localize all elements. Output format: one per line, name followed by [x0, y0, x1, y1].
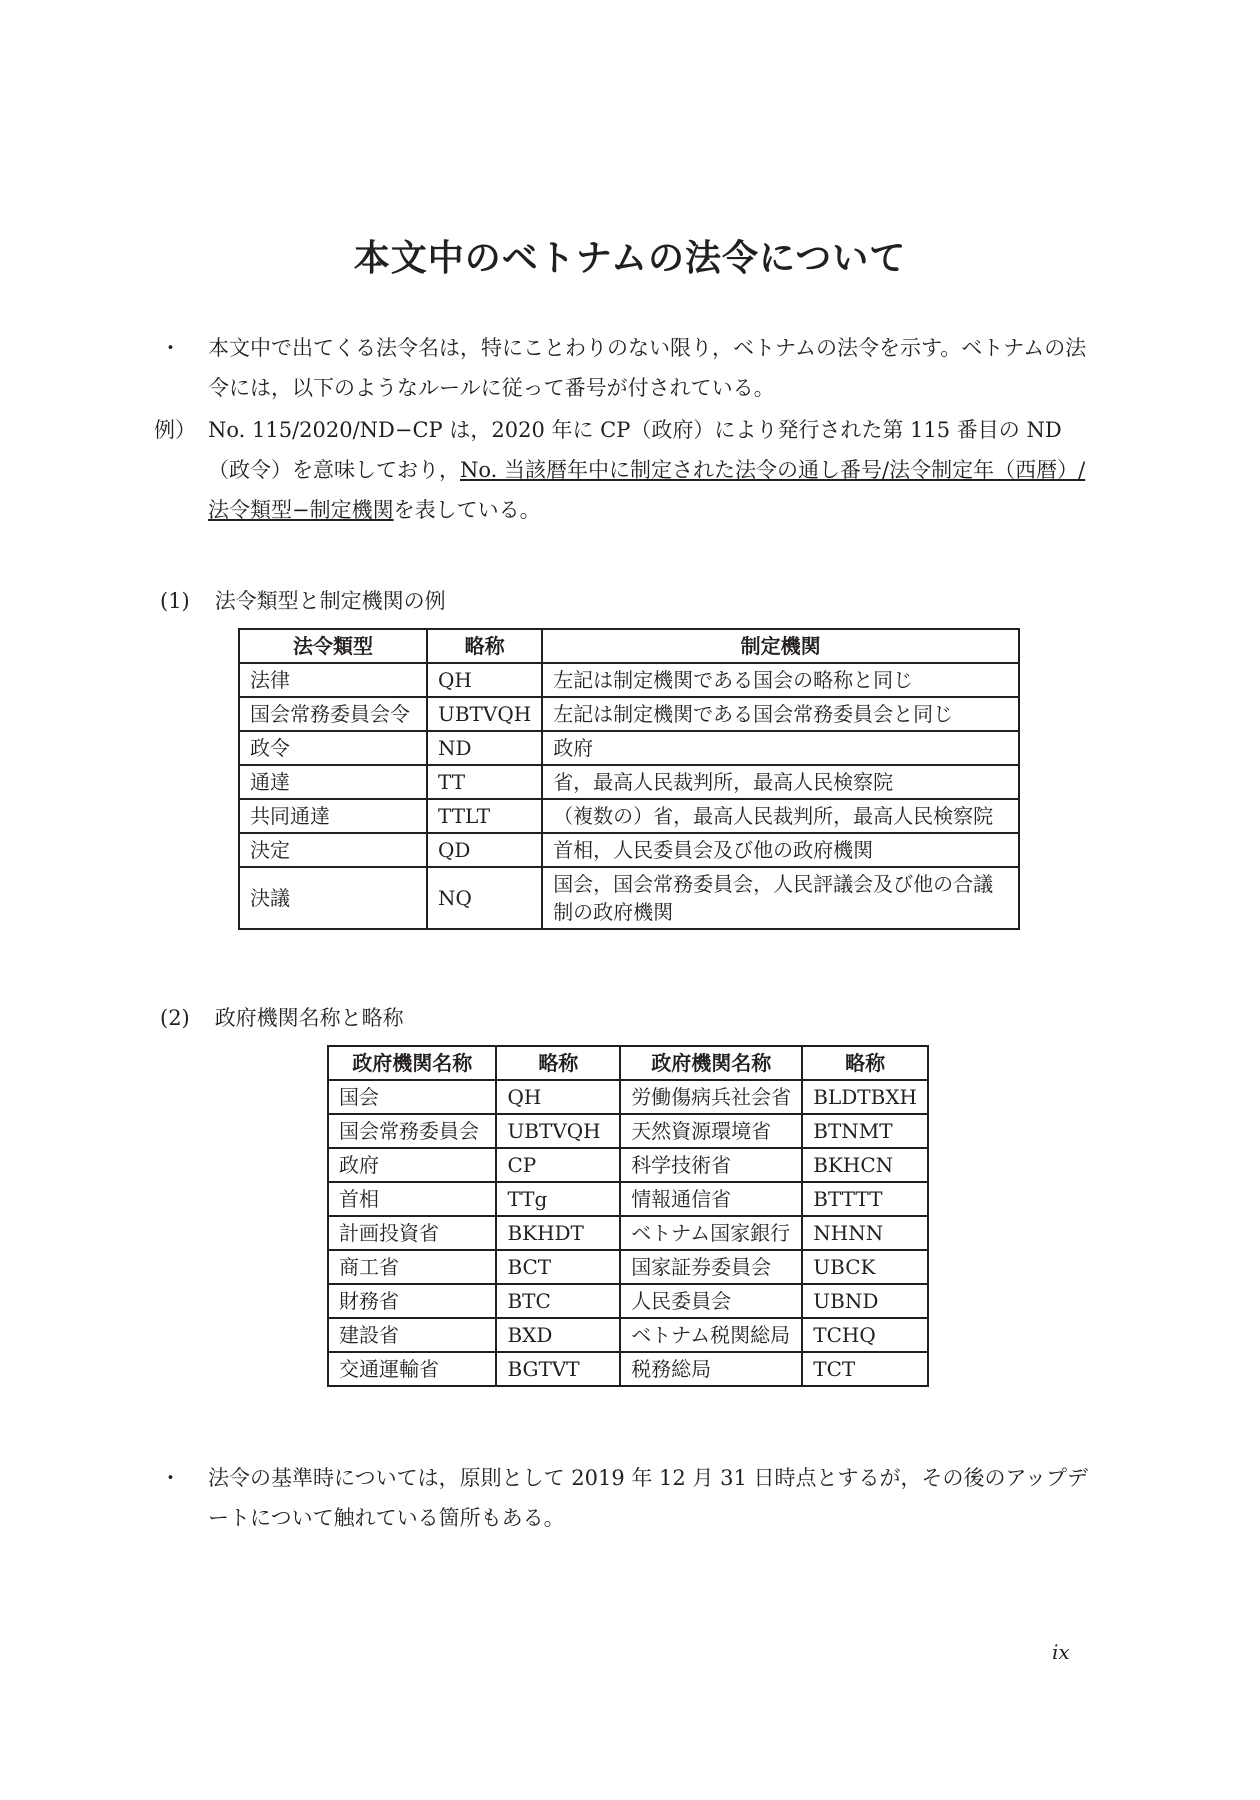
table-cell: 政令 [239, 731, 427, 765]
table-cell: 計画投資省 [328, 1216, 496, 1250]
table-cell: 省，最高人民裁判所，最高人民検察院 [542, 765, 1019, 799]
table-cell: BKHDT [496, 1216, 620, 1250]
law-type-table: 法令類型略称制定機関 法律QH左記は制定機関である国会の略称と同じ国会常務委員会… [238, 628, 1020, 930]
table-cell: BKHCN [802, 1148, 928, 1182]
table-cell: 左記は制定機関である国会常務委員会と同じ [542, 697, 1019, 731]
table-cell: QD [427, 833, 542, 867]
table-cell: 左記は制定機関である国会の略称と同じ [542, 663, 1019, 697]
column-header: 略称 [496, 1046, 620, 1080]
table-row: 国会常務委員会UBTVQH天然資源環境省BTNMT [328, 1114, 928, 1148]
section1-heading: (1) 法令類型と制定機関の例 [160, 585, 446, 615]
table-cell: TT [427, 765, 542, 799]
table-row: 共同通達TTLT（複数の）省，最高人民裁判所，最高人民検察院 [239, 799, 1019, 833]
table-cell: 財務省 [328, 1284, 496, 1318]
column-header: 略称 [427, 629, 542, 663]
table-row: 政令ND政府 [239, 731, 1019, 765]
section1-title: 法令類型と制定機関の例 [215, 589, 446, 613]
section2-title: 政府機関名称と略称 [215, 1006, 404, 1030]
note-text: 法令の基準時については，原則として 2019 年 12 月 31 日時点とするが… [208, 1458, 1100, 1538]
table-cell: TTg [496, 1182, 620, 1216]
column-header: 政府機関名称 [620, 1046, 802, 1080]
table-row: 建設省BXDベトナム税関総局TCHQ [328, 1318, 928, 1352]
table-cell: ベトナム国家銀行 [620, 1216, 802, 1250]
table-row: 法律QH左記は制定機関である国会の略称と同じ [239, 663, 1019, 697]
bullet: ・ [160, 1458, 181, 1498]
table-cell: 国会常務委員会令 [239, 697, 427, 731]
page-number: ix [1052, 1640, 1070, 1664]
table-cell: 国会，国会常務委員会，人民評議会及び他の合議制の政府機関 [542, 867, 1019, 929]
table-row: 首相TTg情報通信省BTTTT [328, 1182, 928, 1216]
table-cell: BCT [496, 1250, 620, 1284]
table-cell: 情報通信省 [620, 1182, 802, 1216]
table-cell: UBTVQH [427, 697, 542, 731]
table-cell: 交通運輸省 [328, 1352, 496, 1386]
section2-number: (2) [160, 1006, 208, 1030]
table-cell: BXD [496, 1318, 620, 1352]
bullet: ・ [160, 328, 181, 368]
table-cell: 国会常務委員会 [328, 1114, 496, 1148]
table-cell: 国家証券委員会 [620, 1250, 802, 1284]
table-cell: 政府 [542, 731, 1019, 765]
table-cell: NQ [427, 867, 542, 929]
table-cell: UBCK [802, 1250, 928, 1284]
table-row: 計画投資省BKHDTベトナム国家銀行NHNN [328, 1216, 928, 1250]
table-row: 決定QD首相，人民委員会及び他の政府機関 [239, 833, 1019, 867]
table-cell: QH [496, 1080, 620, 1114]
table-cell: 人民委員会 [620, 1284, 802, 1318]
table-cell: BLDTBXH [802, 1080, 928, 1114]
table-cell: BTTTT [802, 1182, 928, 1216]
table-cell: TCHQ [802, 1318, 928, 1352]
table-cell: 法律 [239, 663, 427, 697]
table-cell: BTNMT [802, 1114, 928, 1148]
page-title: 本文中のベトナムの法令について [0, 230, 1260, 281]
table-cell: BGTVT [496, 1352, 620, 1386]
column-header: 法令類型 [239, 629, 427, 663]
table-cell: QH [427, 663, 542, 697]
table-cell: NHNN [802, 1216, 928, 1250]
table-cell: UBTVQH [496, 1114, 620, 1148]
table-cell: ベトナム税関総局 [620, 1318, 802, 1352]
table-row: 通達TT省，最高人民裁判所，最高人民検察院 [239, 765, 1019, 799]
section1-number: (1) [160, 589, 208, 613]
table-row: 国会QH労働傷病兵社会省BLDTBXH [328, 1080, 928, 1114]
table-cell: BTC [496, 1284, 620, 1318]
intro-paragraph: ・ 本文中で出てくる法令名は，特にことわりのない限り，ベトナムの法令を示す。ベト… [160, 328, 1100, 408]
table-row: 商工省BCT国家証券委員会UBCK [328, 1250, 928, 1284]
table-cell: TTLT [427, 799, 542, 833]
table-cell: 税務総局 [620, 1352, 802, 1386]
table-cell: TCT [802, 1352, 928, 1386]
note-paragraph: ・ 法令の基準時については，原則として 2019 年 12 月 31 日時点とす… [160, 1458, 1100, 1538]
section2-heading: (2) 政府機関名称と略称 [160, 1002, 404, 1032]
table-cell: 首相 [328, 1182, 496, 1216]
intro-text: 本文中で出てくる法令名は，特にことわりのない限り，ベトナムの法令を示す。ベトナム… [208, 328, 1100, 408]
agency-table: 政府機関名称略称政府機関名称略称 国会QH労働傷病兵社会省BLDTBXH国会常務… [327, 1045, 929, 1387]
table-cell: 共同通達 [239, 799, 427, 833]
table-row: 交通運輸省BGTVT税務総局TCT [328, 1352, 928, 1386]
column-header: 政府機関名称 [328, 1046, 496, 1080]
table-cell: 決議 [239, 867, 427, 929]
table-cell: 通達 [239, 765, 427, 799]
example-text-end: を表している。 [394, 498, 541, 522]
table-cell: UBND [802, 1284, 928, 1318]
table-row: 国会常務委員会令UBTVQH左記は制定機関である国会常務委員会と同じ [239, 697, 1019, 731]
table-cell: 商工省 [328, 1250, 496, 1284]
table-row: 政府CP科学技術省BKHCN [328, 1148, 928, 1182]
example-label: 例） [154, 410, 196, 450]
table-cell: 国会 [328, 1080, 496, 1114]
table-cell: 首相，人民委員会及び他の政府機関 [542, 833, 1019, 867]
table-cell: 労働傷病兵社会省 [620, 1080, 802, 1114]
table-row: 財務省BTC人民委員会UBND [328, 1284, 928, 1318]
column-header: 略称 [802, 1046, 928, 1080]
example-paragraph: 例） No. 115/2020/ND−CP は，2020 年に CP（政府）によ… [160, 410, 1100, 530]
table-cell: （複数の）省，最高人民裁判所，最高人民検察院 [542, 799, 1019, 833]
table-cell: 天然資源環境省 [620, 1114, 802, 1148]
table-row: 決議NQ国会，国会常務委員会，人民評議会及び他の合議制の政府機関 [239, 867, 1019, 929]
column-header: 制定機関 [542, 629, 1019, 663]
table-cell: 建設省 [328, 1318, 496, 1352]
table-cell: 決定 [239, 833, 427, 867]
table-cell: 政府 [328, 1148, 496, 1182]
table-cell: CP [496, 1148, 620, 1182]
table-cell: ND [427, 731, 542, 765]
table-cell: 科学技術省 [620, 1148, 802, 1182]
